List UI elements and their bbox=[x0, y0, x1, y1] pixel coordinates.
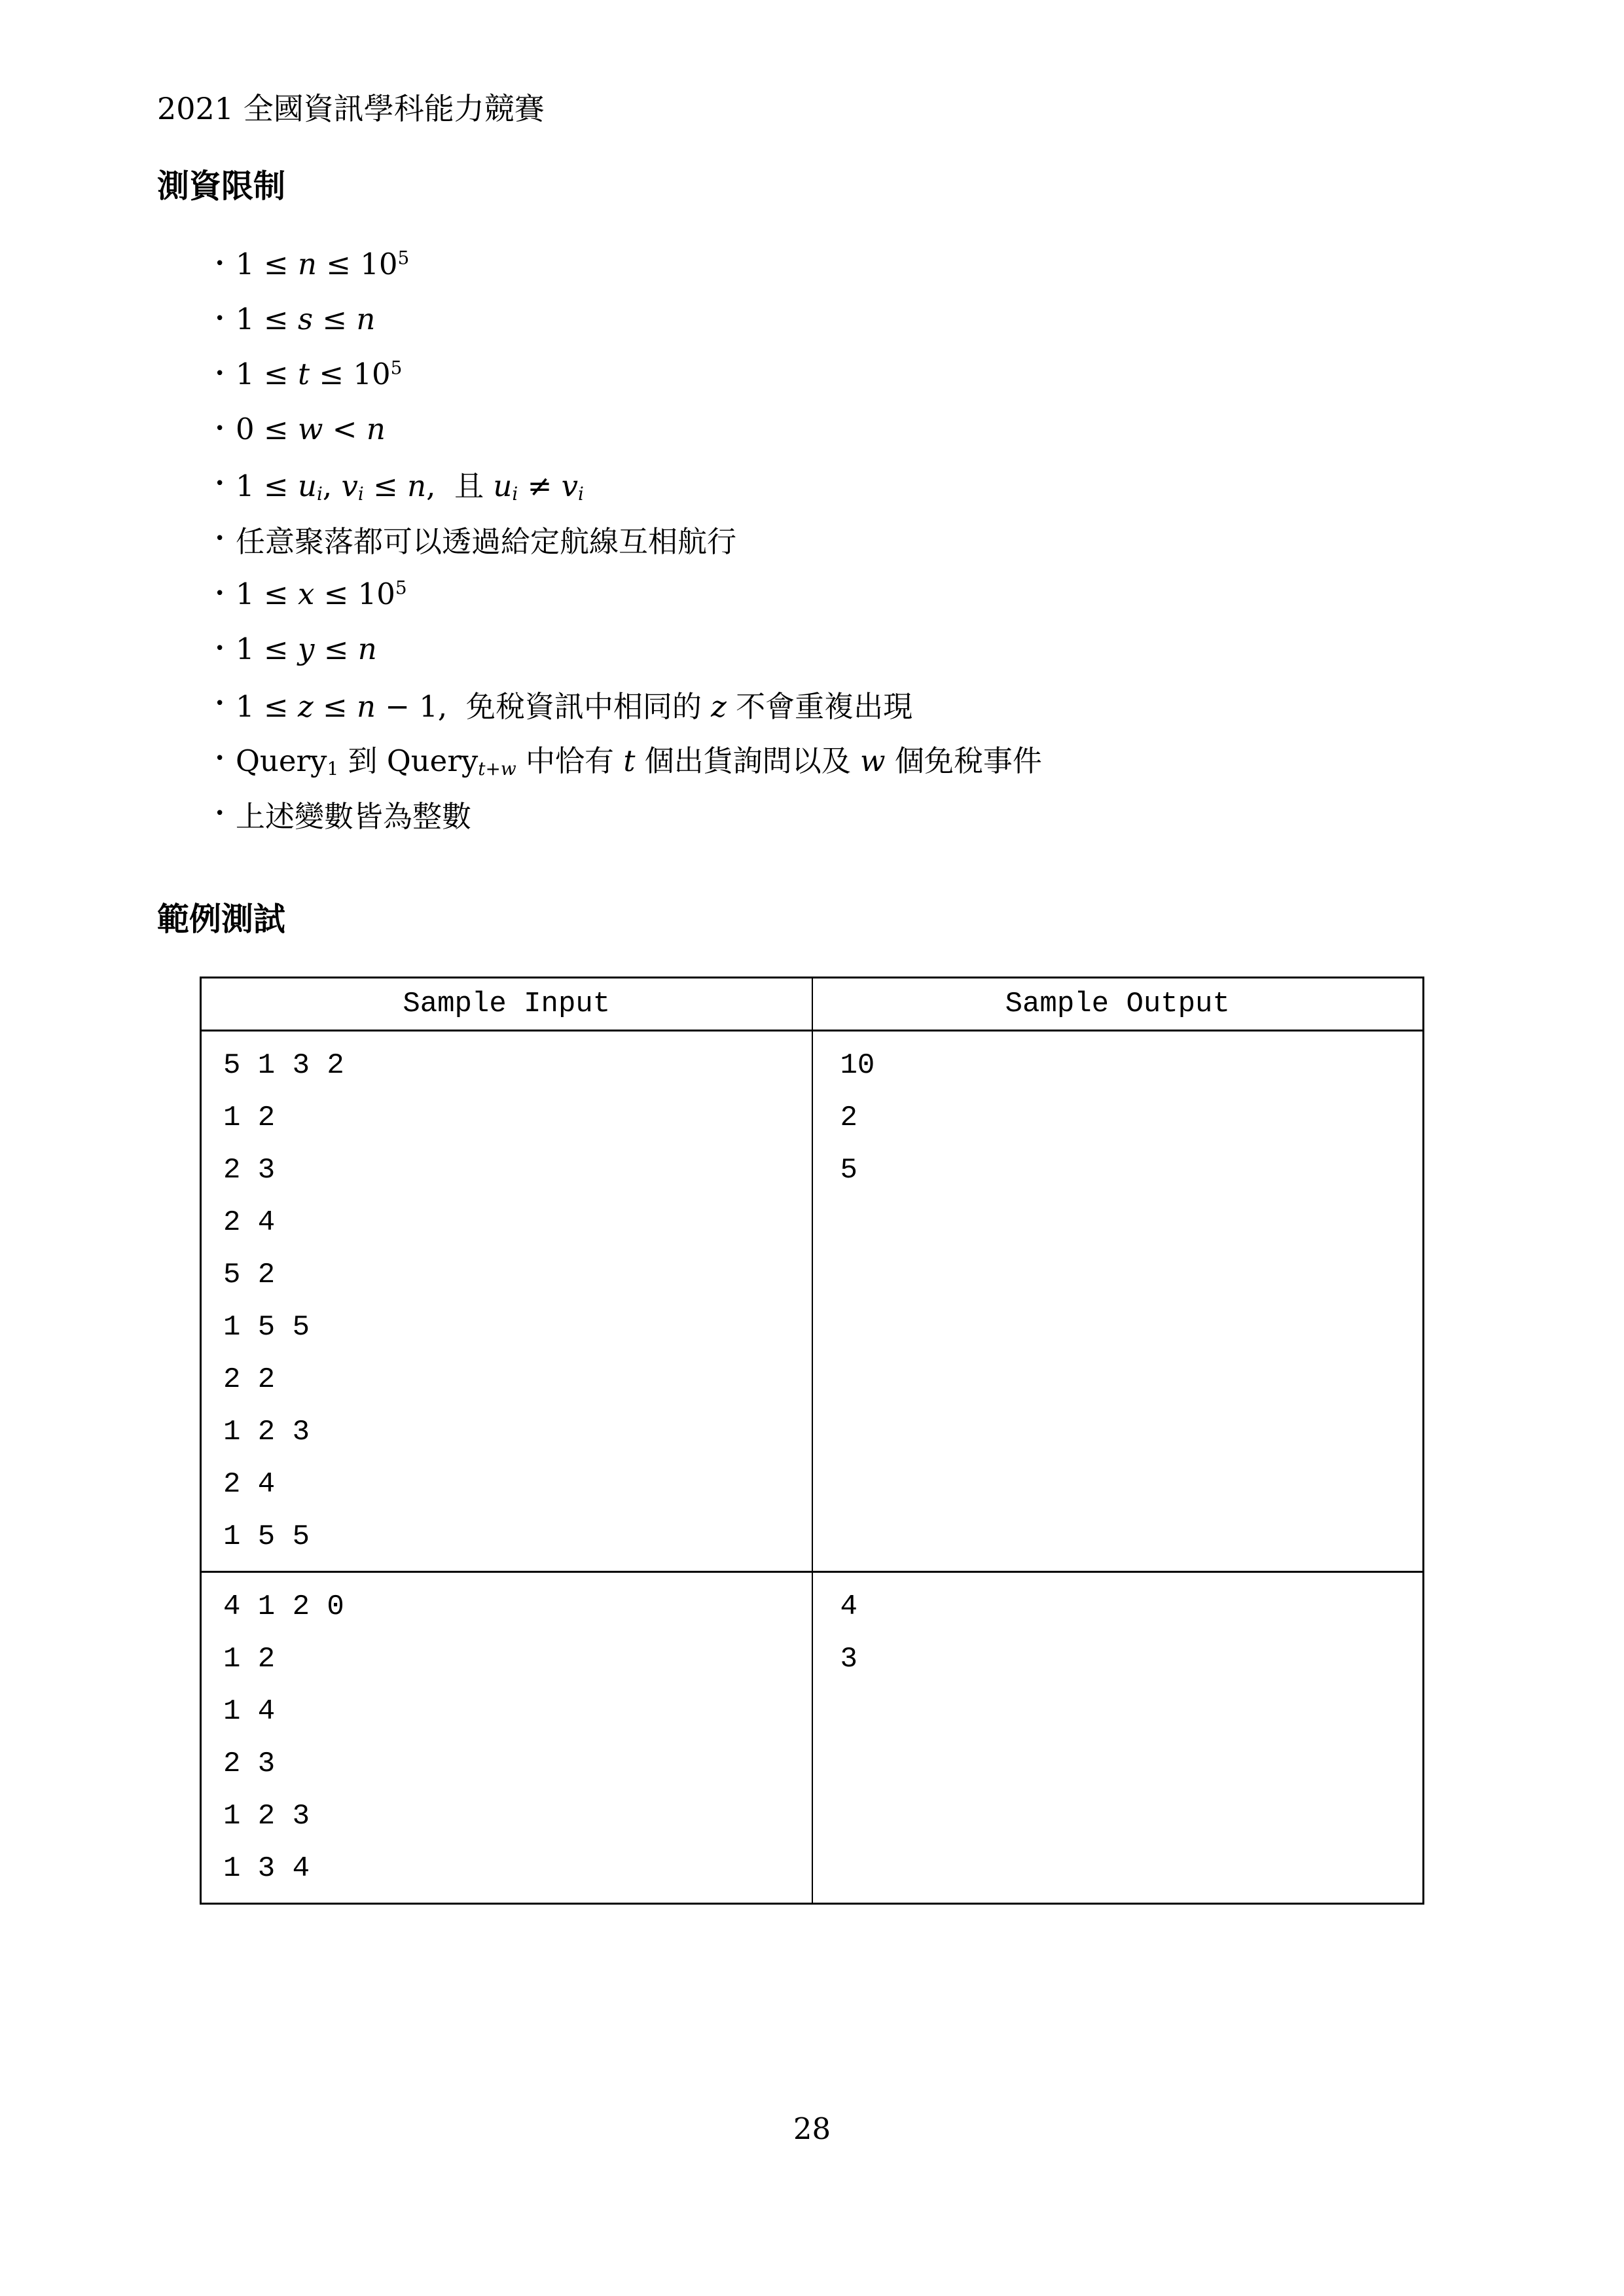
code-line: 1 5 5 bbox=[223, 1511, 812, 1563]
sample-table-header-row: Sample Input Sample Output bbox=[201, 978, 1424, 1031]
bullet-marker: • bbox=[215, 474, 236, 493]
constraint-item: •1 ≤ t ≤ 105 bbox=[215, 346, 1042, 401]
code-line: 5 2 bbox=[223, 1249, 812, 1301]
sample-output-header: Sample Output bbox=[812, 978, 1424, 1031]
bullet-marker: • bbox=[215, 309, 236, 329]
bullet-marker: • bbox=[215, 694, 236, 713]
bullet-marker: • bbox=[215, 419, 236, 439]
code-line: 10 bbox=[840, 1039, 1423, 1092]
sample-output-cell: 1025 bbox=[812, 1031, 1424, 1572]
code-line: 1 2 3 bbox=[223, 1406, 812, 1458]
bullet-marker: • bbox=[215, 749, 236, 768]
code-line: 2 4 bbox=[223, 1196, 812, 1249]
constraint-item: •1 ≤ z ≤ n − 1, 免稅資訊中相同的 z 不會重複出現 bbox=[215, 676, 1042, 731]
constraint-item: •1 ≤ ui, vi ≤ n, 且 ui ≠ vi bbox=[215, 456, 1042, 511]
code-line: 3 bbox=[840, 1633, 1423, 1685]
sample-input-header: Sample Input bbox=[201, 978, 812, 1031]
bullet-marker: • bbox=[215, 529, 236, 548]
constraint-item: •上述變數皆為整數 bbox=[215, 786, 1042, 841]
constraint-text: 1 ≤ t ≤ 105 bbox=[236, 357, 402, 391]
code-line: 4 1 2 0 bbox=[223, 1581, 812, 1633]
sample-table-head: Sample Input Sample Output bbox=[201, 978, 1424, 1031]
code-line: 2 3 bbox=[223, 1738, 812, 1790]
code-line: 1 2 3 bbox=[223, 1790, 812, 1842]
bullet-marker: • bbox=[215, 639, 236, 658]
bullet-marker: • bbox=[215, 364, 236, 384]
code-line: 1 5 5 bbox=[223, 1301, 812, 1354]
bullet-marker: • bbox=[215, 254, 236, 274]
code-line: 2 3 bbox=[223, 1144, 812, 1196]
constraint-text: 0 ≤ w < n bbox=[236, 412, 386, 446]
constraint-text: 1 ≤ s ≤ n bbox=[236, 302, 375, 336]
constraint-item: •1 ≤ s ≤ n bbox=[215, 291, 1042, 346]
code-line: 1 3 4 bbox=[223, 1842, 812, 1895]
bullet-marker: • bbox=[215, 804, 236, 823]
code-line: 2 4 bbox=[223, 1458, 812, 1511]
constraint-text: 1 ≤ z ≤ n − 1, 免稅資訊中相同的 z 不會重複出現 bbox=[236, 683, 912, 725]
code-line: 5 bbox=[840, 1144, 1423, 1196]
section-heading-samples: 範例測試 bbox=[157, 894, 285, 940]
sample-row: 5 1 3 21 22 32 45 21 5 52 21 2 32 41 5 5… bbox=[201, 1031, 1424, 1572]
constraints-list: •1 ≤ n ≤ 105•1 ≤ s ≤ n•1 ≤ t ≤ 105•0 ≤ w… bbox=[215, 236, 1042, 841]
constraint-item: •Query1 到 Queryt+w 中恰有 t 個出貨詢問以及 w 個免稅事件 bbox=[215, 731, 1042, 786]
code-line: 1 4 bbox=[223, 1685, 812, 1738]
constraint-text: 1 ≤ n ≤ 105 bbox=[236, 247, 409, 281]
constraint-item: •0 ≤ w < n bbox=[215, 401, 1042, 456]
code-line: 4 bbox=[840, 1581, 1423, 1633]
constraint-text: 1 ≤ y ≤ n bbox=[236, 632, 377, 666]
sample-input-cell: 4 1 2 01 21 42 31 2 31 3 4 bbox=[201, 1572, 812, 1904]
constraint-item: •任意聚落都可以透過給定航線互相航行 bbox=[215, 511, 1042, 566]
page-number: 28 bbox=[0, 2111, 1624, 2146]
code-line: 2 bbox=[840, 1092, 1423, 1144]
constraint-item: •1 ≤ n ≤ 105 bbox=[215, 236, 1042, 291]
constraint-text: 上述變數皆為整數 bbox=[236, 793, 471, 835]
bullet-marker: • bbox=[215, 584, 236, 603]
constraint-item: •1 ≤ x ≤ 105 bbox=[215, 566, 1042, 621]
sample-output-cell: 43 bbox=[812, 1572, 1424, 1904]
code-line: 1 2 bbox=[223, 1092, 812, 1144]
constraint-text: 任意聚落都可以透過給定航線互相航行 bbox=[236, 518, 736, 560]
constraint-text: Query1 到 Queryt+w 中恰有 t 個出貨詢問以及 w 個免稅事件 bbox=[236, 737, 1042, 780]
section-heading-constraints: 測資限制 bbox=[157, 161, 285, 207]
constraint-text: 1 ≤ x ≤ 105 bbox=[236, 577, 407, 611]
constraint-text: 1 ≤ ui, vi ≤ n, 且 ui ≠ vi bbox=[236, 462, 584, 505]
code-line: 5 1 3 2 bbox=[223, 1039, 812, 1092]
document-header-title: 2021 全國資訊學科能力競賽 bbox=[157, 85, 545, 128]
document-page: 2021 全國資訊學科能力競賽 測資限制 •1 ≤ n ≤ 105•1 ≤ s … bbox=[0, 0, 1624, 2296]
sample-table-body: 5 1 3 21 22 32 45 21 5 52 21 2 32 41 5 5… bbox=[201, 1031, 1424, 1904]
constraint-item: •1 ≤ y ≤ n bbox=[215, 621, 1042, 676]
sample-table: Sample Input Sample Output 5 1 3 21 22 3… bbox=[200, 977, 1424, 1905]
code-line: 2 2 bbox=[223, 1354, 812, 1406]
sample-row: 4 1 2 01 21 42 31 2 31 3 443 bbox=[201, 1572, 1424, 1904]
code-line: 1 2 bbox=[223, 1633, 812, 1685]
sample-input-cell: 5 1 3 21 22 32 45 21 5 52 21 2 32 41 5 5 bbox=[201, 1031, 812, 1572]
